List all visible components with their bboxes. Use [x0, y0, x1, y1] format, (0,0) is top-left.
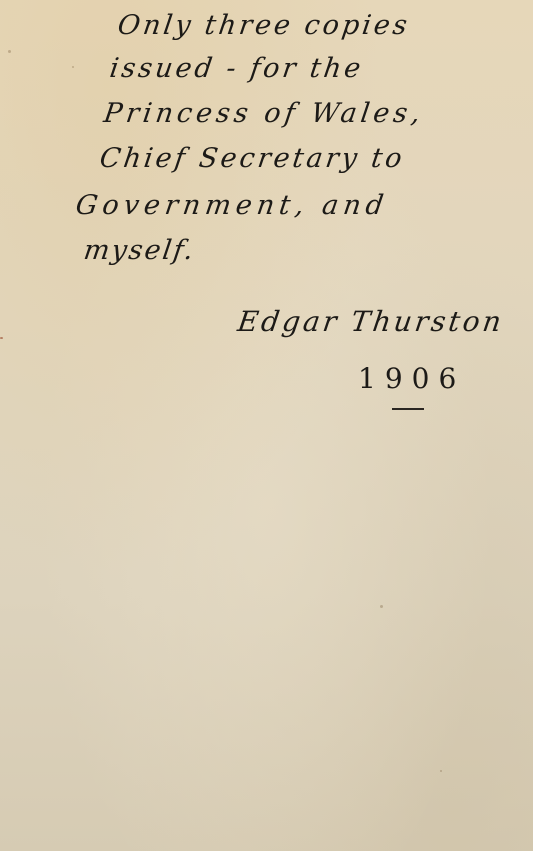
paper-speck — [8, 50, 11, 53]
signature: Edgar Thurston — [236, 305, 507, 338]
inscription-line-4: Chief Secretary to — [98, 143, 407, 174]
paper-speck — [380, 605, 383, 608]
inscription-line-6: myself. — [82, 235, 197, 266]
year: 1906 — [358, 362, 465, 395]
inscription-line-2: issued - for the — [108, 53, 366, 84]
inscription-line-1: Only three copies — [116, 10, 412, 41]
document-page: Only three copies issued - for the Princ… — [0, 0, 533, 851]
paper-speck — [0, 337, 3, 339]
paper-speck — [440, 770, 442, 772]
inscription-line-3: Princess of Wales, — [102, 98, 426, 129]
inscription-line-5: Government, and — [74, 190, 390, 221]
underline-rule — [392, 408, 424, 410]
paper-speck — [72, 66, 74, 68]
